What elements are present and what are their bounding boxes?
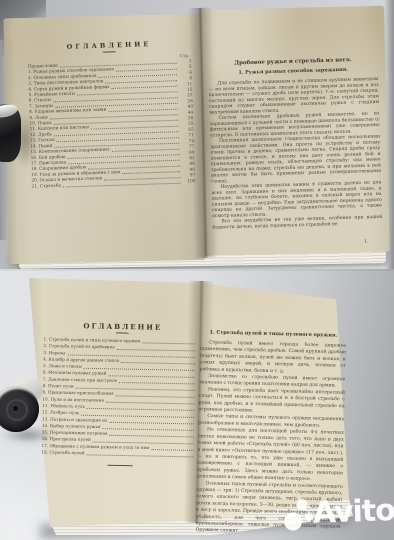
chapter-heading: 1. Ружья разных способов заряжания. <box>208 66 378 76</box>
body-text: Для стрельбы по подвижным и не слишком к… <box>208 76 382 230</box>
paragraph: Стрельба пулей имеет гораздо более широк… <box>199 339 346 376</box>
ornament-rule <box>116 332 129 333</box>
chapter-page: Дробовое ружье и стрельба из него. 1. Ру… <box>199 6 390 256</box>
logo-circle-medium <box>296 499 307 510</box>
paragraph: Для стрельбы по подвижным и не слишком к… <box>208 76 379 115</box>
page-number: 1 <box>365 239 368 244</box>
toc-entry-label: 18. Стрельба пулей <box>41 449 84 456</box>
dot-leader <box>63 183 181 188</box>
avito-wordmark: Avito <box>312 493 394 531</box>
black-film-canister <box>0 104 21 162</box>
paragraph: Наконец, эта стрельба дает чрезвычайно и… <box>198 386 345 416</box>
photo-bottom-book: ОГЛАВЛЕНИЕ 1. Стрельба пулей и типы пуле… <box>0 269 394 540</box>
end-rule <box>108 465 133 466</box>
toc-list: Предисловие 3 1. Ружья разных способов з… <box>28 59 196 190</box>
canister-center-dot <box>13 406 18 411</box>
ornament-rule <box>103 51 116 52</box>
paragraph: На отведенных для настоящей работы 4-х п… <box>197 426 344 483</box>
toc-title: ОГЛАВЛЕНИЕ <box>27 39 191 52</box>
toc-list: 1. Стрельба пулей и типы пулевого оружия… <box>41 336 201 459</box>
paragraph: Постоянная шомпольная гладкостволка обла… <box>210 133 381 184</box>
paragraph: Неудобства этих шомполок важны в сущност… <box>211 179 382 218</box>
book-title: Дробовое ружье и стрельба из него. <box>208 55 378 66</box>
logo-circle-large <box>284 512 303 531</box>
black-film-canister <box>0 386 39 432</box>
logo-circle-small <box>305 513 313 521</box>
photo-top-book: ОГЛАВЛЕНИЕ Стр. Предисловие 3 <box>0 0 394 269</box>
open-book-top: ОГЛАВЛЕНИЕ Стр. Предисловие 3 <box>3 4 390 263</box>
toc-title: ОГЛАВЛЕНИЕ <box>44 322 202 333</box>
photo-seam <box>0 269 394 271</box>
book-spine-shadow <box>183 281 214 523</box>
avito-logo-icon <box>280 496 313 537</box>
avito-watermark: Avito <box>280 493 393 540</box>
dot-leader <box>86 455 193 458</box>
toc-entry-label: 21. Стрельба <box>32 183 62 190</box>
canister-cap-highlight <box>0 102 19 119</box>
listing-photo-collage: ОГЛАВЛЕНИЕ Стр. Предисловие 3 <box>0 0 394 540</box>
